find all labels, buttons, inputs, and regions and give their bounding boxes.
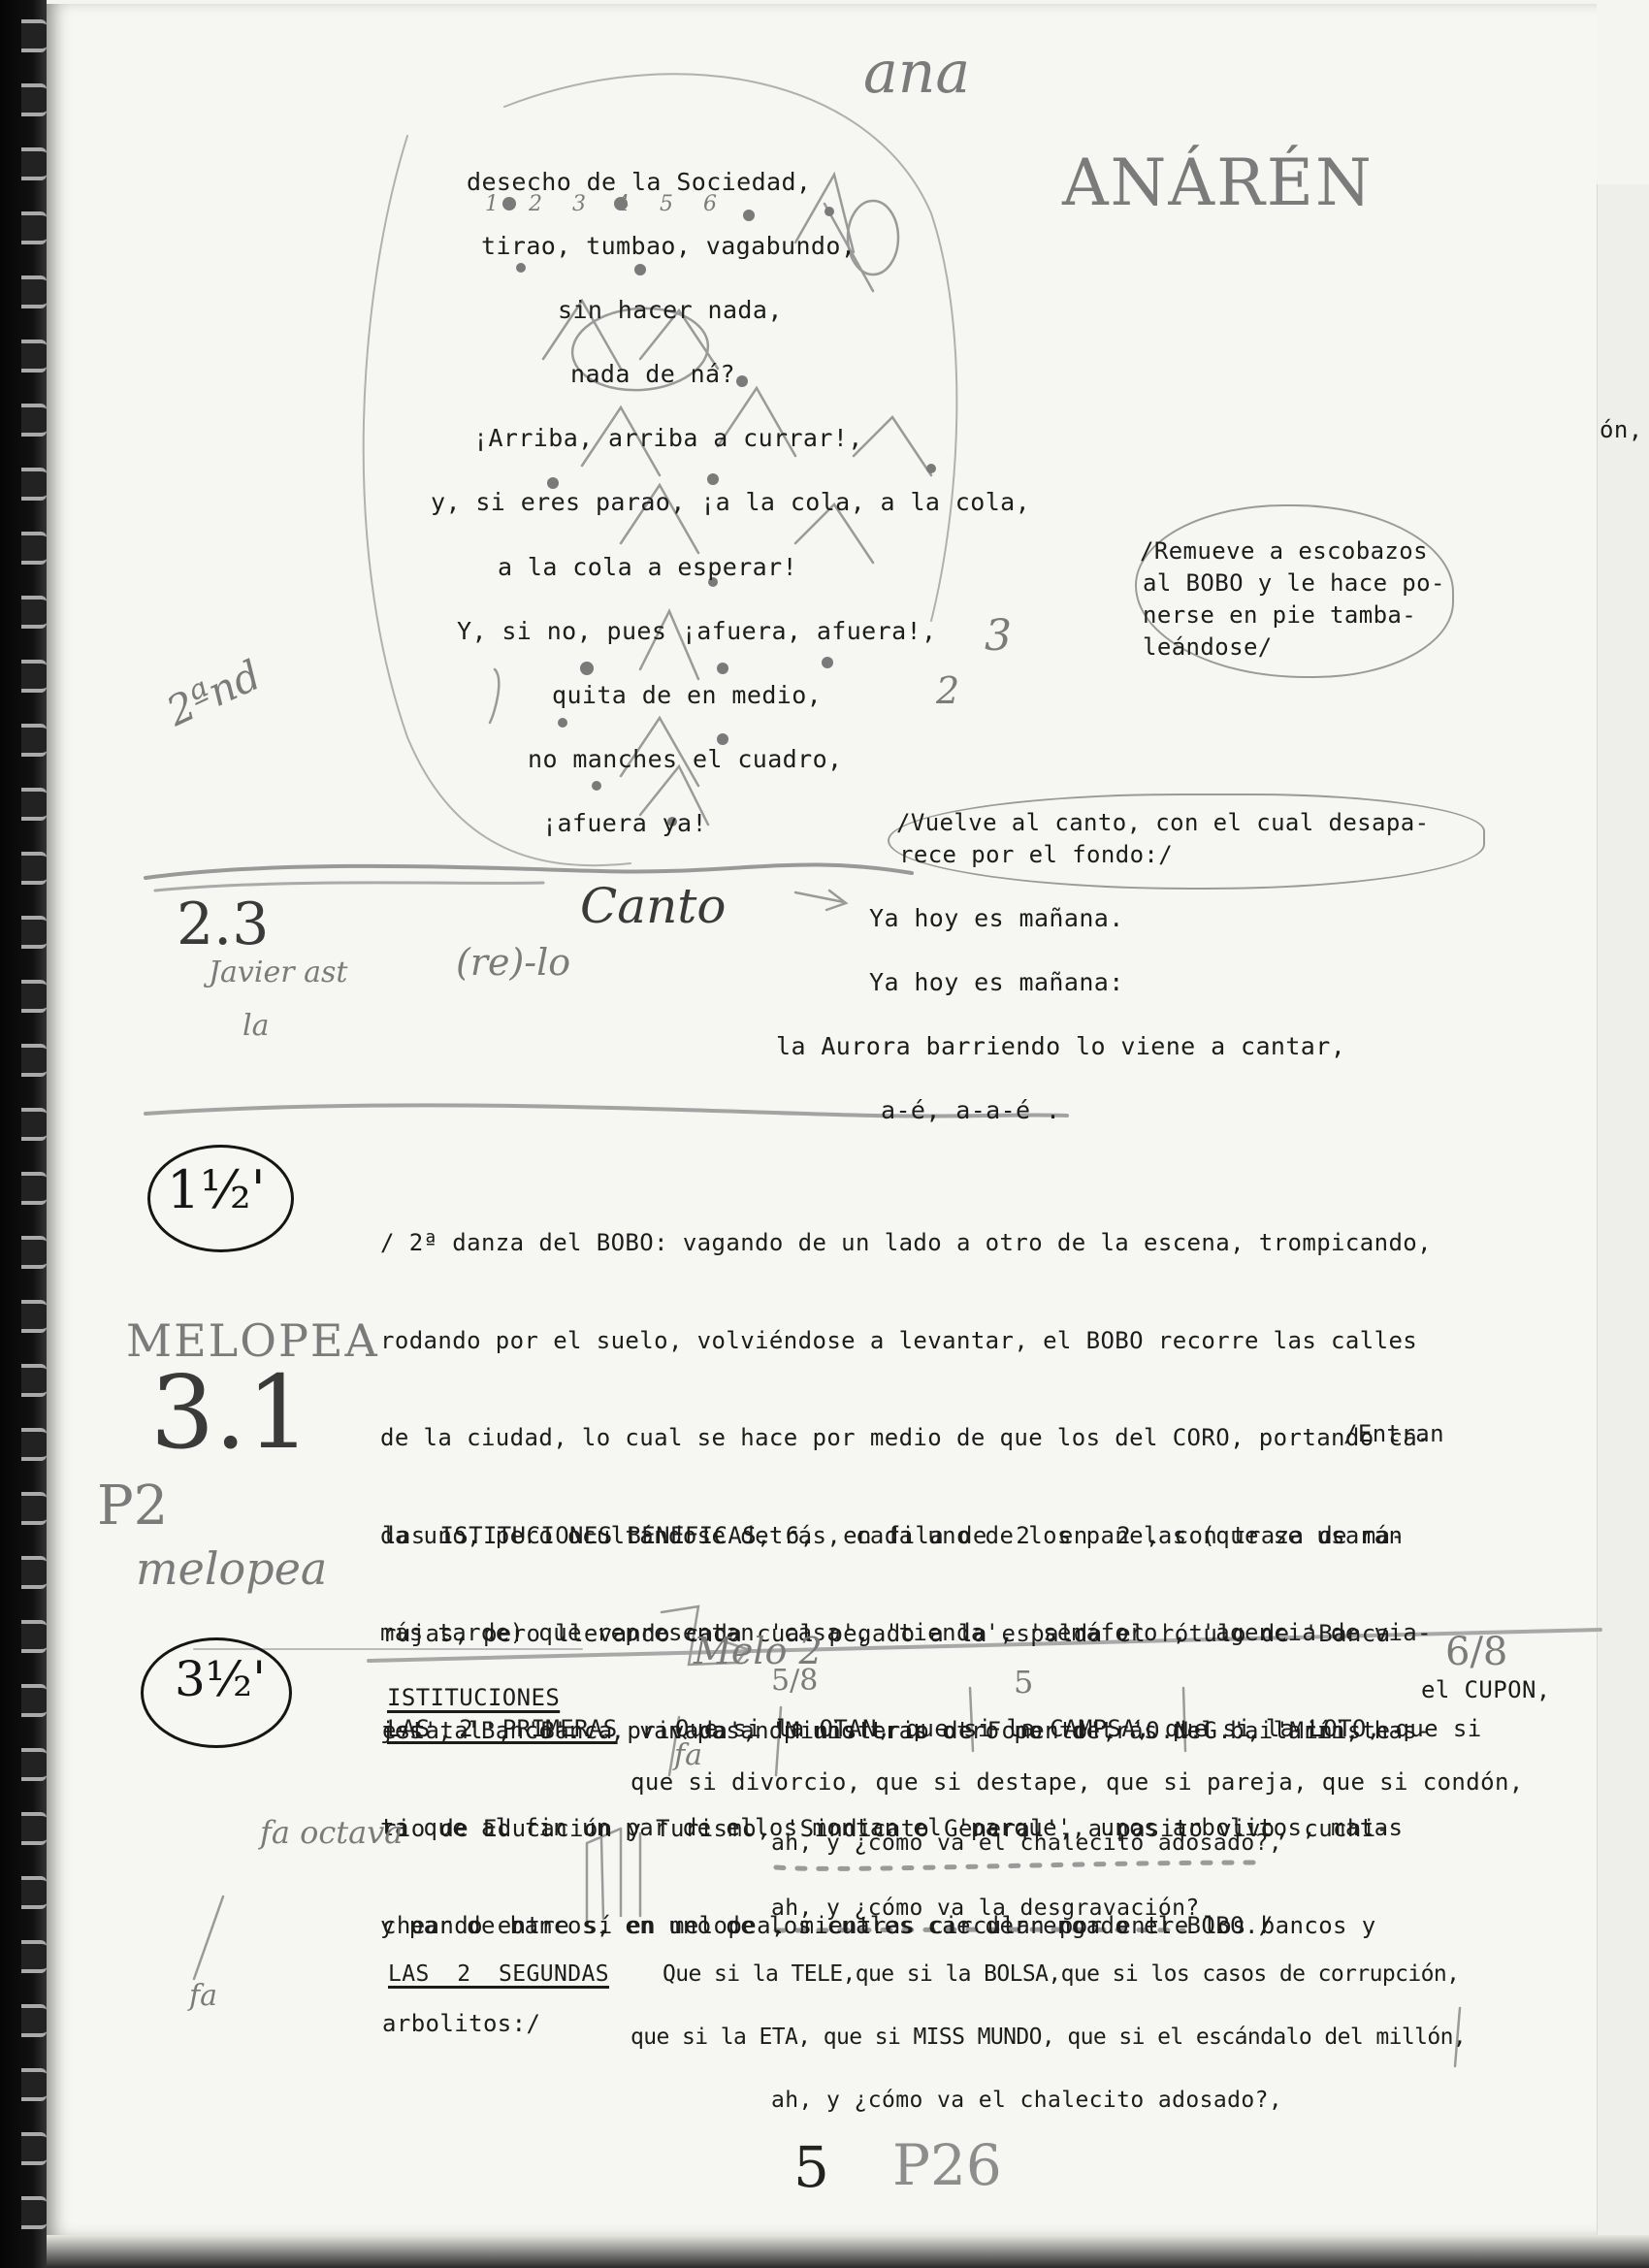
binding-ring [21, 1556, 47, 1589]
pencil-note-2: 2 [936, 669, 959, 712]
verse-line: Ya hoy es mañana. [869, 904, 1124, 933]
pencil-note-ana: ana [863, 39, 970, 107]
pencil-note-numbers: 1 2 3 4 5 6 [485, 192, 728, 216]
page-reference: P26 [892, 2132, 1002, 2198]
pencil-note-anaren: ANÁRÉN [1062, 146, 1374, 220]
pencil-note-javier: Javier ast [209, 956, 347, 989]
speaker-label: LAS 2 PRIMERAS [387, 1714, 618, 1743]
direction-line: de la ciudad, lo cual se hace por medio … [380, 1422, 1432, 1455]
binding-ring [21, 340, 47, 373]
verse-line: sin hacer nada, [558, 296, 783, 325]
dialogue-line: Que si la TELE,que si la BOLSA,que si lo… [663, 1960, 1459, 1989]
binding-ring [21, 980, 47, 1013]
binding-ring [21, 275, 47, 308]
binding-ring [21, 2132, 47, 2165]
dialogue-line: ah, y ¿cómo va el chalecito adosado?, [771, 2086, 1282, 2115]
verse-line: quita de en medio, [552, 681, 822, 710]
binding-ring [21, 211, 47, 244]
binding-ring [21, 596, 47, 629]
dialogue-insert: el CUPON, [1421, 1675, 1551, 1704]
binding-ring [21, 724, 47, 757]
dialogue-line: Que si la OTAN, que si la CAMPSA, que si… [675, 1714, 1482, 1743]
pencil-note-canto: Canto [580, 878, 726, 934]
binding-ring [21, 788, 47, 821]
binding-ring [21, 19, 47, 52]
pencil-note-p2: P2 [97, 1474, 168, 1538]
direction-line: rujas, pero llevando cada cual pegado a … [382, 1618, 1405, 1651]
binding-ring [21, 1748, 47, 1781]
binding-ring [21, 1492, 47, 1525]
verse-line: Y, si no, pues ¡afuera, afuera!, [457, 617, 936, 646]
pencil-note-3: 3 [985, 611, 1012, 661]
binding-ring [21, 147, 47, 180]
binding-ring [21, 468, 47, 501]
binding-ring [21, 1940, 47, 1973]
pencil-note-5: 5 [1014, 1664, 1033, 1701]
direction-line: /Vuelve al canto, con el cual desapa- [896, 808, 1429, 837]
verse-line: ¡Arriba, arriba a currar!, [473, 424, 863, 453]
binding-ring [21, 83, 47, 116]
page-number: 5 [793, 2134, 829, 2200]
direction-line: nerse en pie tamba- [1143, 600, 1416, 630]
binding-ring [21, 852, 47, 885]
pencil-note-la: la [242, 1009, 269, 1043]
pencil-note-fa-octava: fa octava [260, 1814, 403, 1851]
binding-ring [21, 2068, 47, 2101]
pencil-note-fa-2: fa [189, 1979, 217, 2013]
binding-ring [21, 1300, 47, 1333]
pencil-note-re-lo: (re)-lo [456, 941, 570, 984]
stage-direction-entry: /Entran [1343, 1419, 1444, 1448]
verse-line: tirao, tumbao, vagabundo, [481, 232, 856, 261]
binding-ring [21, 532, 47, 565]
pencil-note-fa: fa [674, 1738, 702, 1772]
verse-line: ¡afuera ya! [542, 809, 707, 838]
binding-ring [21, 1044, 47, 1077]
binding-ring [21, 1428, 47, 1461]
pencil-note-timing-2: 3½' [175, 1651, 266, 1707]
binding-ring [21, 1620, 47, 1653]
verse-line: Ya hoy es mañana: [869, 968, 1124, 997]
direction-line: rece por el fondo:/ [899, 840, 1173, 869]
binding-ring [21, 1684, 47, 1717]
binding-ring [21, 1236, 47, 1269]
direction-line: /Remueve a escobazos [1140, 536, 1428, 566]
binding-ring [21, 916, 47, 949]
pencil-note-5-8: 5/8 [771, 1664, 818, 1698]
direction-line: leándose/ [1143, 632, 1273, 662]
underlying-page-edge: ón, [1596, 184, 1649, 2241]
verse-line: a la cola a esperar! [498, 553, 797, 582]
binding-ring [21, 2004, 47, 2037]
binding-ring [21, 1876, 47, 1909]
verse-line: y, si eres parao, ¡a la cola, a la cola, [431, 488, 1030, 517]
binding-ring [21, 404, 47, 437]
dialogue-line: ah, y ¿cómo va la desgravación? [771, 1894, 1200, 1923]
pencil-note-6-8: 6/8 [1445, 1630, 1507, 1674]
binding-ring [21, 1108, 47, 1141]
direction-line: las ISTITUCIONES BENEFICAS, 6, en fila d… [382, 1520, 1405, 1553]
verse-line: nada de ná? [570, 360, 735, 389]
pencil-note-section-2-3: 2.3 [177, 891, 269, 958]
page-bottom-edge [47, 2235, 1649, 2268]
dialogue-line: ah, y ¿cómo va el chalecito adosado?, [771, 1829, 1282, 1858]
verse-line: no manches el cuadro, [528, 745, 842, 774]
direction-line: / 2ª danza del BOBO: vagando de un lado … [380, 1227, 1432, 1260]
binding-ring [21, 1172, 47, 1205]
pencil-note-melopea-lower: melopea [136, 1542, 327, 1595]
direction-line: al BOBO y le hace po- [1143, 568, 1445, 598]
speaker-label: ISTITUCIONES [387, 1683, 560, 1712]
binding-ring [21, 1364, 47, 1397]
dialogue-line: que si la ETA, que si MISS MUNDO, que si… [630, 2023, 1466, 2052]
speaker-label: LAS 2 SEGUNDAS [388, 1960, 609, 1989]
binding-ring [21, 1812, 47, 1845]
pencil-note-section-3-1: 3.1 [150, 1353, 310, 1472]
direction-line: rodando por el suelo, volviéndose a leva… [380, 1325, 1432, 1358]
binding-ring [21, 660, 47, 693]
spiral-binding [0, 0, 47, 2268]
pencil-note-timing-1: 1½' [167, 1159, 266, 1220]
verse-line: a-é, a-a-é . [881, 1096, 1060, 1125]
verse-line: la Aurora barriendo lo viene a cantar, [776, 1032, 1345, 1061]
binding-ring [21, 2196, 47, 2229]
dialogue-line: que si divorcio, que si destape, que si … [630, 1767, 1524, 1797]
cut-off-text: ón, [1600, 415, 1643, 444]
